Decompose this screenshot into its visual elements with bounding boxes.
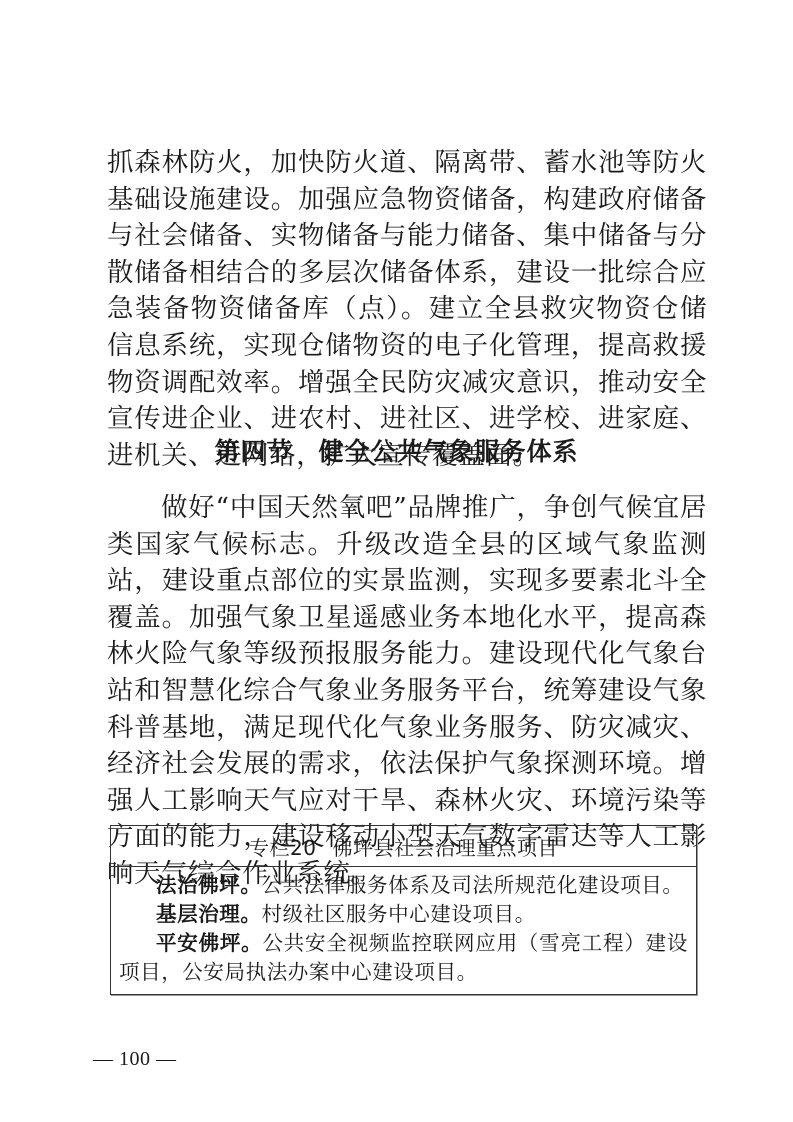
column-box-label: 专栏20 xyxy=(249,832,316,861)
column-box-body: 法治佛坪。公共法律服务体系及司法所规范化建设项目。 基层治理。村级社区服务中心建… xyxy=(111,867,696,987)
item-text: 公共法律服务体系及司法所规范化建设项目。 xyxy=(262,873,684,897)
document-page: 抓森林防火，加快防火道、隔离带、蓄水池等防火基础设施建设。加强应急物资储备，构建… xyxy=(0,0,793,1122)
item-lead: 基层治理。 xyxy=(156,902,262,926)
section-title: 健全公共气象服务体系 xyxy=(319,437,579,466)
column-box-item: 法治佛坪。公共法律服务体系及司法所规范化建设项目。 xyxy=(119,871,688,900)
section-heading: 第四节健全公共气象服务体系 xyxy=(0,432,793,468)
column-box: 专栏20佛坪县社会治理重点项目 法治佛坪。公共法律服务体系及司法所规范化建设项目… xyxy=(110,825,697,995)
column-box-title: 佛坪县社会治理重点项目 xyxy=(332,832,558,861)
body-paragraph: 抓森林防火，加快防火道、隔离带、蓄水池等防火基础设施建设。加强应急物资储备，构建… xyxy=(107,145,707,474)
item-lead: 法治佛坪。 xyxy=(156,873,262,897)
item-lead: 平安佛坪。 xyxy=(156,931,262,955)
section-number: 第四节 xyxy=(214,437,292,466)
column-box-item: 基层治理。村级社区服务中心建设项目。 xyxy=(119,900,688,929)
column-box-header: 专栏20佛坪县社会治理重点项目 xyxy=(111,826,696,867)
column-box-item: 平安佛坪。公共安全视频监控联网应用（雪亮工程）建设项目，公安局执法办案中心建设项… xyxy=(119,929,688,987)
item-text: 村级社区服务中心建设项目。 xyxy=(262,902,536,926)
page-number: — 100 — xyxy=(93,1048,177,1071)
